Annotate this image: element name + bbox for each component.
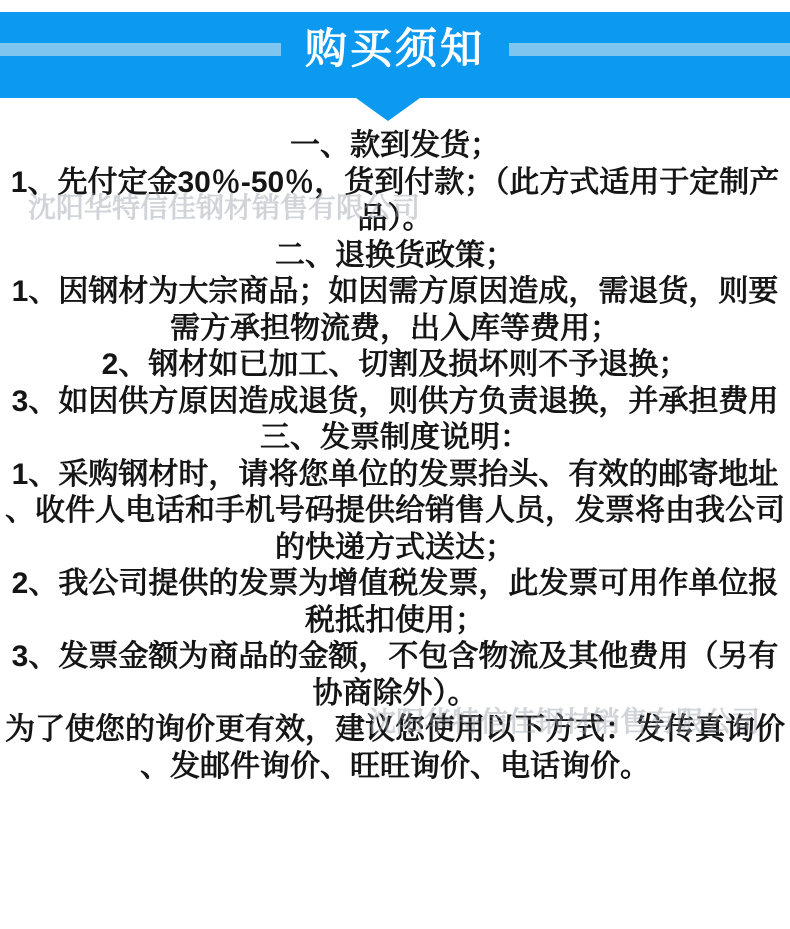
banner: 购买须知	[0, 12, 790, 98]
notice-line: 需方承担物流费，出入库等费用；	[0, 311, 790, 348]
notice-line: 1、采购钢材时，请将您单位的发票抬头、有效的邮寄地址	[0, 457, 790, 494]
notice-body: 一、款到发货； 1、先付定金30％-50％，货到付款；（此方式适用于定制产 品）…	[0, 128, 790, 785]
notice-line: 、收件人电话和手机号码提供给销售人员，发票将由我公司	[0, 493, 790, 530]
notice-line: 3、发票金额为商品的金额，不包含物流及其他费用（另有	[0, 639, 790, 676]
footer-line: 、发邮件询价、旺旺询价、电话询价。	[0, 749, 790, 786]
section-heading-returns: 二、退换货政策；	[0, 238, 790, 275]
page-title: 购买须知	[305, 28, 485, 70]
section-heading-payment: 一、款到发货；	[0, 128, 790, 165]
footer-line: 为了使您的询价更有效，建议您使用以下方式：发传真询价	[0, 712, 790, 749]
notice-line: 2、钢材如已加工、切割及损坏则不予退换；	[0, 347, 790, 384]
banner-stripe-right	[509, 43, 790, 56]
notice-line: 的快递方式送达；	[0, 530, 790, 567]
notice-line: 3、如因供方原因造成退货，则供方负责退换，并承担费用	[0, 384, 790, 421]
notice-line: 税抵扣使用；	[0, 603, 790, 640]
notice-line: 品）。	[0, 201, 790, 238]
notice-line: 协商除外）。	[0, 676, 790, 713]
notice-line: 1、先付定金30％-50％，货到付款；（此方式适用于定制产	[0, 165, 790, 202]
arrow-down-icon	[356, 98, 420, 121]
banner-stripe-left	[0, 43, 281, 56]
notice-line: 1、因钢材为大宗商品；如因需方原因造成，需退货，则要	[0, 274, 790, 311]
notice-line: 2、我公司提供的发票为增值税发票，此发票可用作单位报	[0, 566, 790, 603]
purchase-notice-page: 购买须知 沈阳华特信佳钢材销售有限公司 沈阳华特信佳钢材销售有限公司 一、款到发…	[0, 0, 790, 929]
section-heading-invoice: 三、发票制度说明：	[0, 420, 790, 457]
